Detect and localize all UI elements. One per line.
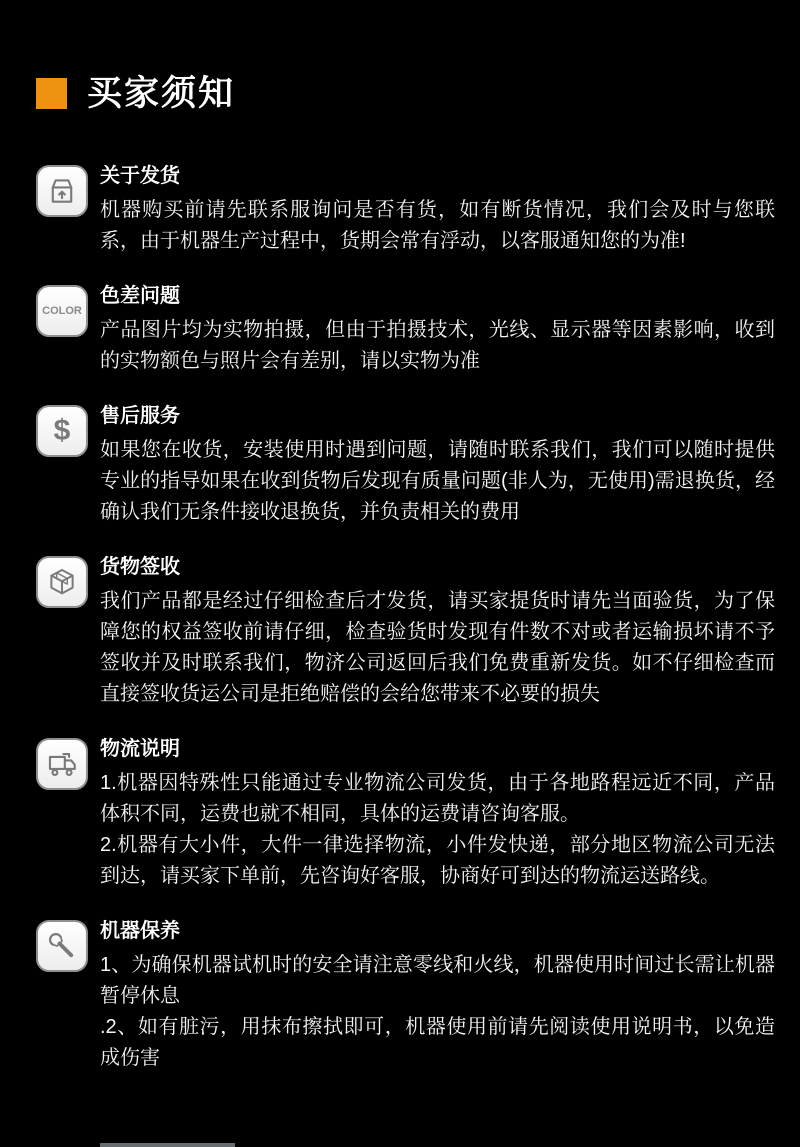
color-swatch-icon: COLOR — [36, 285, 88, 337]
page-header: 买家须知 — [36, 76, 775, 111]
dollar-icon-glyph: $ — [54, 416, 71, 446]
section-title: 物流说明 — [100, 736, 775, 762]
section-title: 色差问题 — [100, 283, 775, 309]
section-color-difference: COLOR 色差问题 产品图片均为实物拍摄，但由于拍摄技术，光线、显示器等因素影… — [36, 283, 775, 377]
next-image-cutoff-sliver — [100, 1143, 235, 1147]
parcel-box-icon — [36, 556, 88, 608]
section-content: 色差问题 产品图片均为实物拍摄，但由于拍摄技术，光线、显示器等因素影响，收到的实… — [100, 283, 775, 377]
section-paragraph: 2.机器有大小件，大件一律选择物流，小件发快递，部分地区物流公司无法到达，请买家… — [100, 830, 775, 892]
section-content: 售后服务 如果您在收货，安装使用时遇到问题，请随时联系我们，我们可以随时提供专业… — [100, 403, 775, 528]
section-title: 关于发货 — [100, 163, 775, 189]
delivery-truck-icon — [36, 738, 88, 790]
section-content: 货物签收 我们产品都是经过仔细检查后才发货，请买家提货时请先当面验货，为了保障您… — [100, 554, 775, 710]
color-icon-label: COLOR — [42, 305, 82, 317]
section-content: 机器保养 1、为确保机器试机时的安全请注意零线和火线，机器使用时间过长需让机器暂… — [100, 918, 775, 1074]
buyer-notice-page: 买家须知 关于发货 机器购买前请先联系服询问是否有货，如有断货情况，我们会及时与… — [0, 0, 800, 1147]
shipping-package-icon — [36, 165, 88, 217]
section-paragraph: 机器购买前请先联系服询问是否有货，如有断货情况，我们会及时与您联系，由于机器生产… — [100, 195, 775, 257]
section-content: 物流说明 1.机器因特殊性只能通过专业物流公司发货，由于各地路程远近不同，产品体… — [100, 736, 775, 892]
section-title: 售后服务 — [100, 403, 775, 429]
section-goods-receipt: 货物签收 我们产品都是经过仔细检查后才发货，请买家提货时请先当面验货，为了保障您… — [36, 554, 775, 710]
section-maintenance: 机器保养 1、为确保机器试机时的安全请注意零线和火线，机器使用时间过长需让机器暂… — [36, 918, 775, 1074]
section-title: 机器保养 — [100, 918, 775, 944]
section-after-sales: $ 售后服务 如果您在收货，安装使用时遇到问题，请随时联系我们，我们可以随时提供… — [36, 403, 775, 528]
section-paragraph: .2、如有脏污，用抹布擦拭即可，机器使用前请先阅读使用说明书，以免造成伤害 — [100, 1012, 775, 1074]
section-paragraph: 产品图片均为实物拍摄，但由于拍摄技术，光线、显示器等因素影响，收到的实物额色与照… — [100, 315, 775, 377]
section-content: 关于发货 机器购买前请先联系服询问是否有货，如有断货情况，我们会及时与您联系，由… — [100, 163, 775, 257]
section-paragraph: 1、为确保机器试机时的安全请注意零线和火线，机器使用时间过长需让机器暂停休息 — [100, 950, 775, 1012]
dollar-icon: $ — [36, 405, 88, 457]
page-title: 买家须知 — [87, 76, 235, 111]
section-title: 货物签收 — [100, 554, 775, 580]
section-paragraph: 如果您在收货，安装使用时遇到问题，请随时联系我们，我们可以随时提供专业的指导如果… — [100, 435, 775, 528]
accent-square — [36, 78, 67, 109]
section-shipping: 关于发货 机器购买前请先联系服询问是否有货，如有断货情况，我们会及时与您联系，由… — [36, 163, 775, 257]
section-paragraph: 我们产品都是经过仔细检查后才发货，请买家提货时请先当面验货，为了保障您的权益签收… — [100, 586, 775, 710]
wrench-icon — [36, 920, 88, 972]
section-paragraph: 1.机器因特殊性只能通过专业物流公司发货，由于各地路程远近不同，产品体积不同，运… — [100, 768, 775, 830]
section-logistics: 物流说明 1.机器因特殊性只能通过专业物流公司发货，由于各地路程远近不同，产品体… — [36, 736, 775, 892]
